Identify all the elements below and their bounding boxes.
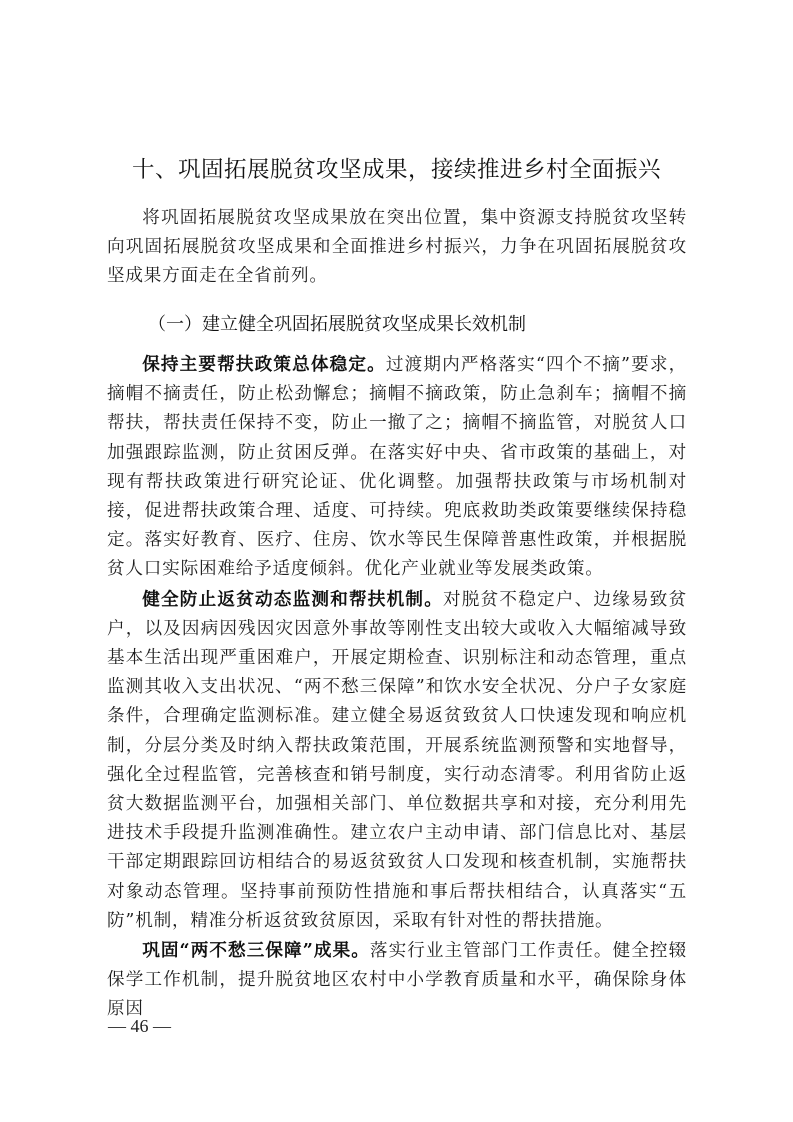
subsection-heading: （一）建立健全巩固拓展脱贫攻坚成果长效机制 xyxy=(148,310,526,340)
document-page: 十、巩固拓展脱贫攻坚成果，接续推进乡村全面振兴 将巩固拓展脱贫攻坚成果放在突出位… xyxy=(0,0,793,1122)
paragraph-monitoring-mechanism: 健全防止返贫动态监测和帮扶机制。对脱贫不稳定户、边缘易致贫户，以及因病因残因灾因… xyxy=(107,585,687,936)
intro-paragraph: 将巩固拓展脱贫攻坚成果放在突出位置，集中资源支持脱贫攻坚转向巩固拓展脱贫攻坚成果… xyxy=(107,204,687,292)
page-number: — 46 — xyxy=(108,1014,171,1038)
body-block: 保持主要帮扶政策总体稳定。过渡期内严格落实“四个不摘”要求，摘帽不摘责任，防止松… xyxy=(107,350,687,1025)
paragraph-two-assurances: 巩固“两不愁三保障”成果。落实行业主管部门工作责任。健全控辍保学工作机制，提升脱… xyxy=(107,936,687,1025)
paragraph-text: 对脱贫不稳定户、边缘易致贫户，以及因病因残因灾因意外事故等刚性支出较大或收入大幅… xyxy=(107,590,687,931)
paragraph-lead: 巩固“两不愁三保障”成果。 xyxy=(142,940,370,961)
paragraph-policy-stability: 保持主要帮扶政策总体稳定。过渡期内严格落实“四个不摘”要求，摘帽不摘责任，防止松… xyxy=(107,350,687,585)
paragraph-text: 过渡期内严格落实“四个不摘”要求，摘帽不摘责任，防止松劲懈怠；摘帽不摘政策，防止… xyxy=(107,355,687,579)
paragraph-lead: 保持主要帮扶政策总体稳定。 xyxy=(142,354,386,375)
intro-block: 将巩固拓展脱贫攻坚成果放在突出位置，集中资源支持脱贫攻坚转向巩固拓展脱贫攻坚成果… xyxy=(107,204,687,292)
paragraph-lead: 健全防止返贫动态监测和帮扶机制。 xyxy=(142,589,443,610)
section-title: 十、巩固拓展脱贫攻坚成果，接续推进乡村全面振兴 xyxy=(0,150,793,190)
